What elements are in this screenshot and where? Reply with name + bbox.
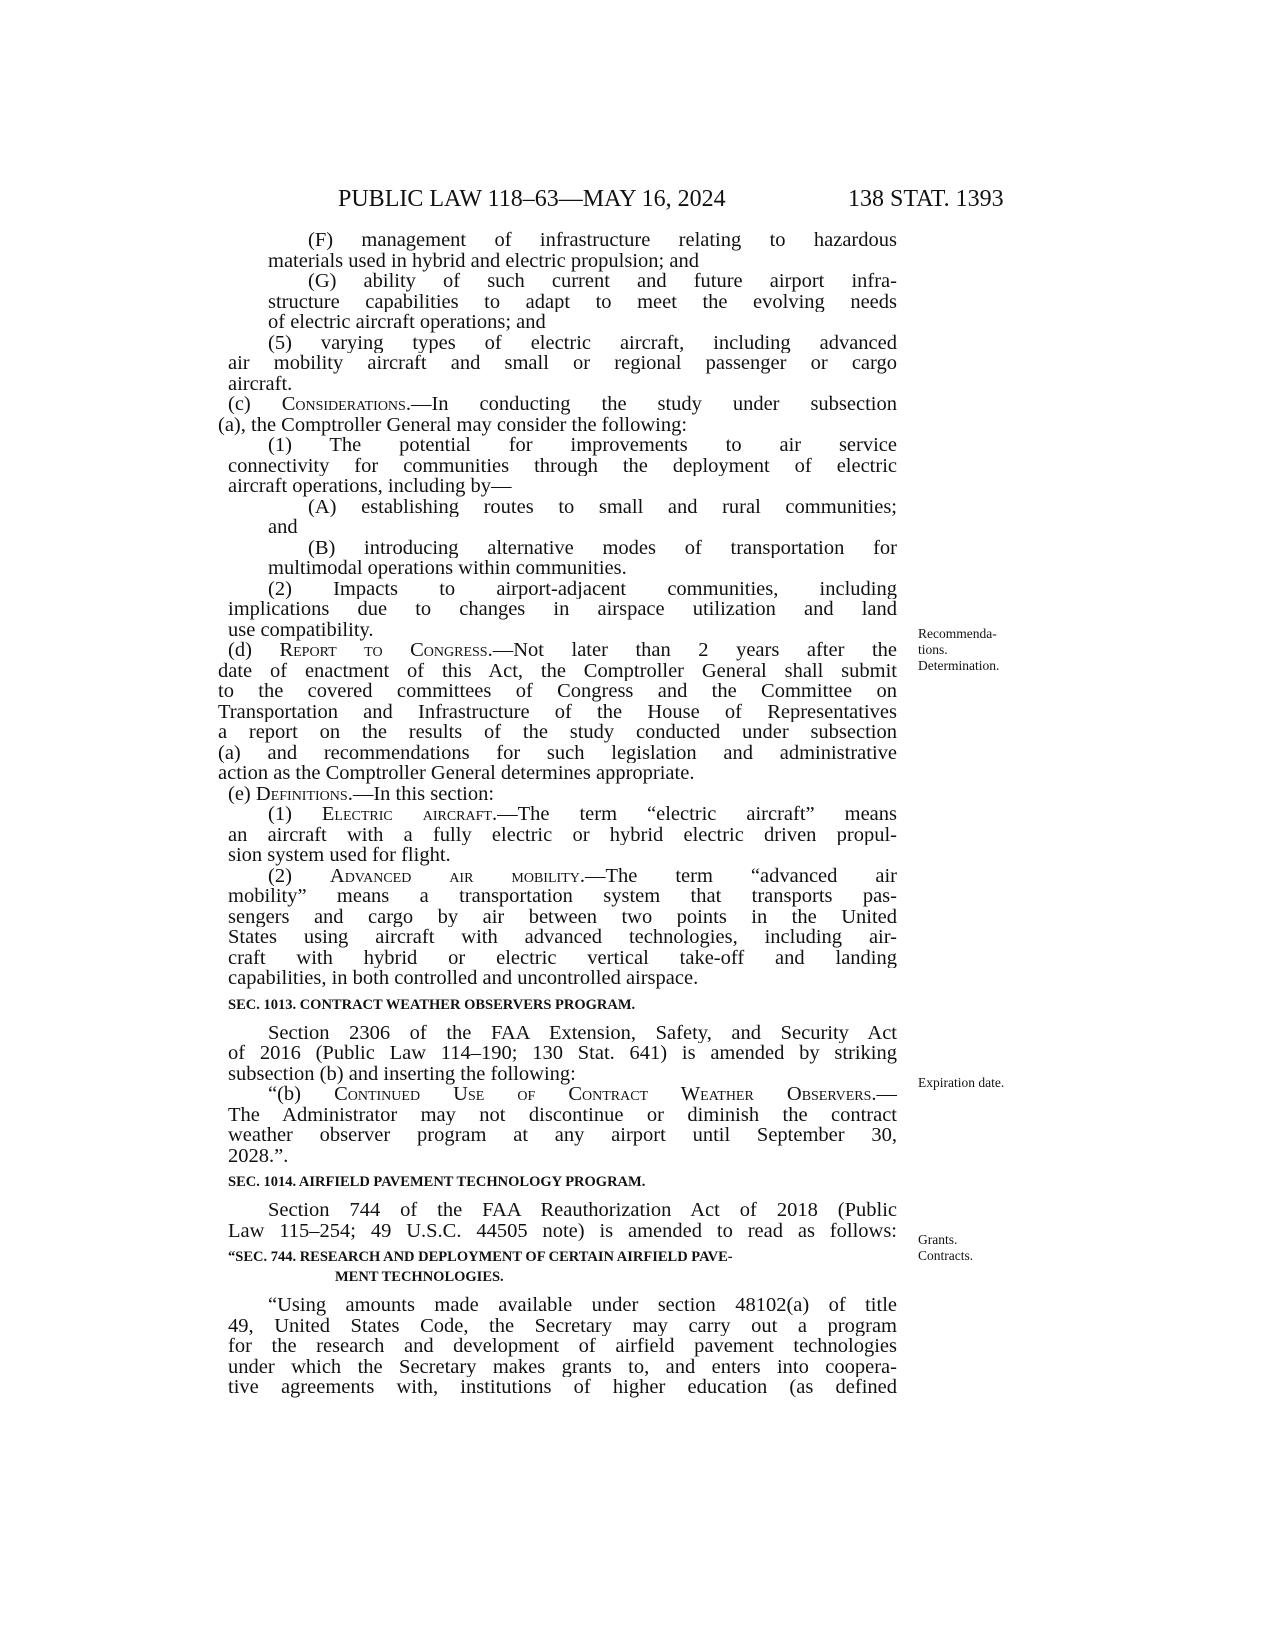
- text-line: Section 744 of the FAA Reauthorization A…: [268, 1200, 897, 1221]
- section-heading: SEC. 1014. AIRFIELD PAVEMENT TECHNOLOGY …: [228, 1172, 897, 1192]
- text-line: multimodal operations within communities…: [268, 558, 897, 579]
- margin-note: Grants.Contracts.: [918, 1232, 973, 1264]
- text-line: (c) Considerations.—In conducting the st…: [228, 394, 897, 415]
- heading-small-caps: Definitions: [256, 783, 348, 805]
- text-line: for the research and development of airf…: [228, 1336, 897, 1357]
- text-line: and: [268, 517, 897, 538]
- text-line: (B) introducing alternative modes of tra…: [308, 538, 897, 559]
- text-line: mobility” means a transportation system …: [228, 886, 897, 907]
- text-line: (e) Definitions.—In this section:: [228, 784, 897, 805]
- heading-small-caps: Considerations: [282, 394, 406, 415]
- text-line: subsection (b) and inserting the followi…: [228, 1064, 897, 1085]
- text-line: aircraft operations, including by—: [228, 476, 897, 497]
- section-heading: “SEC. 744. RESEARCH AND DEPLOYMENT OF CE…: [228, 1247, 897, 1267]
- running-header-title: PUBLIC LAW 118–63—MAY 16, 2024: [338, 186, 726, 213]
- section-heading: SEC. 1013. CONTRACT WEATHER OBSERVERS PR…: [228, 995, 897, 1015]
- text-line: sengers and cargo by air between two poi…: [228, 907, 897, 928]
- text-line: (1) The potential for improvements to ai…: [268, 435, 897, 456]
- text-line: (A) establishing routes to small and rur…: [308, 497, 897, 518]
- heading-small-caps: Report to Congress: [279, 640, 487, 661]
- text-line: under which the Secretary makes grants t…: [228, 1357, 897, 1378]
- text-line: capabilities, in both controlled and unc…: [228, 968, 897, 989]
- section-heading: MENT TECHNOLOGIES.: [228, 1267, 897, 1287]
- text-line: Law 115–254; 49 U.S.C. 44505 note) is am…: [228, 1221, 897, 1242]
- text-line: craft with hybrid or electric vertical t…: [228, 948, 897, 969]
- text-line: aircraft.: [228, 374, 897, 395]
- text-line: of 2016 (Public Law 114–190; 130 Stat. 6…: [228, 1043, 897, 1064]
- text-line: structure capabilities to adapt to meet …: [268, 292, 897, 313]
- text-line: a report on the results of the study con…: [218, 722, 897, 743]
- text-line: 49, United States Code, the Secretary ma…: [228, 1316, 897, 1337]
- text-line: of electric aircraft operations; and: [268, 312, 897, 333]
- text-line: use compatibility.: [228, 620, 897, 641]
- text-line: Transportation and Infrastructure of the…: [218, 702, 897, 723]
- text-line: Section 2306 of the FAA Extension, Safet…: [268, 1023, 897, 1044]
- text-line: “(b) Continued Use of Contract Weather O…: [268, 1084, 897, 1105]
- text-line: to the covered committees of Congress an…: [218, 681, 897, 702]
- text-line: 2028.”.: [228, 1146, 897, 1167]
- text-line: (1) Electric aircraft.—The term “electri…: [268, 804, 897, 825]
- text-line: connectivity for communities through the…: [228, 456, 897, 477]
- text-line: States using aircraft with advanced tech…: [228, 927, 897, 948]
- text-line: implications due to changes in airspace …: [228, 599, 897, 620]
- document-body: (F) management of infrastructure relatin…: [228, 230, 897, 1398]
- text-line: materials used in hybrid and electric pr…: [268, 251, 897, 272]
- margin-note: Recommenda-tions.Determination.: [918, 626, 999, 674]
- text-line: (2) Advanced air mobility.—The term “adv…: [268, 866, 897, 887]
- text-line: “Using amounts made available under sect…: [268, 1295, 897, 1316]
- text-line: (a) and recommendations for such legisla…: [218, 743, 897, 764]
- text-line: (F) management of infrastructure relatin…: [308, 230, 897, 251]
- text-line: an aircraft with a fully electric or hyb…: [228, 825, 897, 846]
- text-line: date of enactment of this Act, the Compt…: [218, 661, 897, 682]
- text-line: The Administrator may not discontinue or…: [228, 1105, 897, 1126]
- heading-small-caps: Advanced air mobility: [330, 866, 580, 887]
- heading-small-caps: Continued Use of Contract Weather Observ…: [334, 1084, 871, 1105]
- text-line: (G) ability of such current and future a…: [308, 271, 897, 292]
- text-line: (d) Report to Congress.—Not later than 2…: [228, 640, 897, 661]
- text-line: tive agreements with, institutions of hi…: [228, 1377, 897, 1398]
- text-line: sion system used for flight.: [228, 845, 897, 866]
- text-line: action as the Comptroller General determ…: [218, 763, 897, 784]
- text-line: air mobility aircraft and small or regio…: [228, 353, 897, 374]
- text-line: (5) varying types of electric aircraft, …: [268, 333, 897, 354]
- running-header-page-number: 138 STAT. 1393: [848, 186, 1004, 213]
- text-line: (2) Impacts to airport-adjacent communit…: [268, 579, 897, 600]
- heading-small-caps: Electric aircraft: [322, 804, 492, 825]
- text-line: (a), the Comptroller General may conside…: [218, 415, 897, 436]
- margin-note: Expiration date.: [918, 1075, 1004, 1091]
- text-line: weather observer program at any airport …: [228, 1125, 897, 1146]
